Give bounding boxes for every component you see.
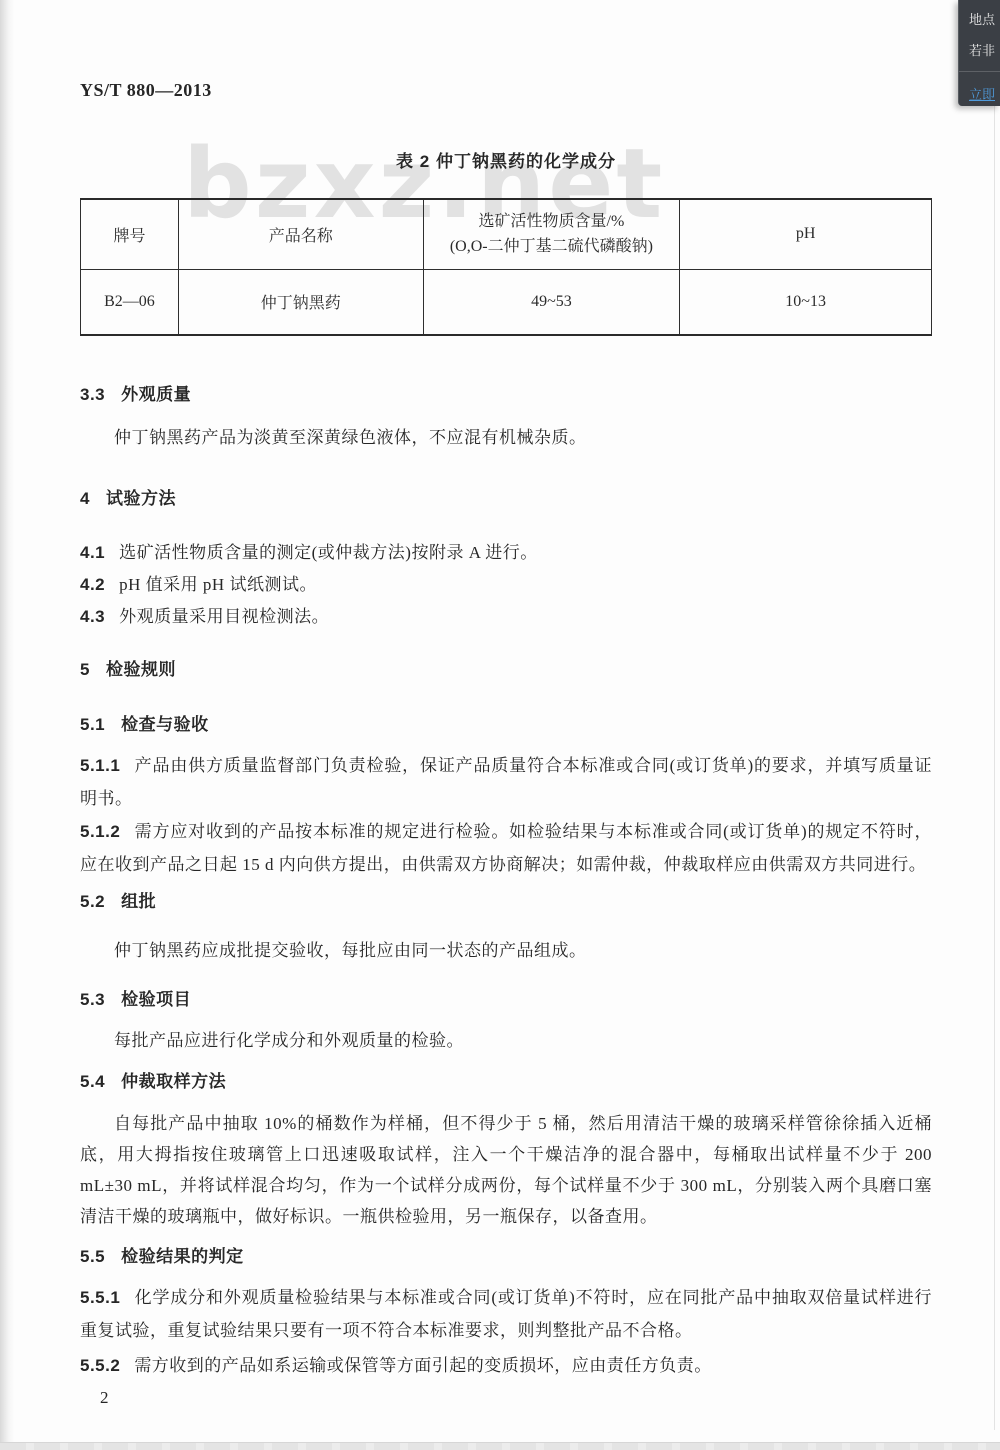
heading-5: 5检验规则 bbox=[80, 655, 932, 680]
heading-5-5-title: 检验结果的判定 bbox=[121, 1247, 244, 1266]
bottom-scan-strip bbox=[0, 1442, 1000, 1450]
panel-text-line1: 地点 bbox=[969, 9, 1000, 28]
heading-5-5-num: 5.5 bbox=[80, 1247, 105, 1266]
heading-4-num: 4 bbox=[80, 489, 90, 508]
table-header-row: 牌号 产品名称 选矿活性物质含量/% (O,O-二仲丁基二硫代磷酸钠) pH bbox=[81, 199, 932, 269]
document-page: YS/T 880—2013 表 2 仲丁钠黑药的化学成分 牌号 产品名称 选矿活… bbox=[0, 0, 1000, 1408]
heading-3-3-num: 3.3 bbox=[80, 385, 105, 404]
floating-info-panel: 地点 若非 立即 bbox=[958, 0, 1000, 106]
heading-4: 4试验方法 bbox=[80, 484, 932, 509]
clause-4-2-text: pH 值采用 pH 试纸测试。 bbox=[119, 575, 317, 594]
clause-4-3-num: 4.3 bbox=[80, 607, 105, 626]
heading-5-2-title: 组批 bbox=[121, 892, 156, 911]
clause-4-2: 4.2pH 值采用 pH 试纸测试。 bbox=[80, 569, 932, 601]
heading-5-1-num: 5.1 bbox=[80, 715, 105, 734]
clause-5-5-2: 5.5.2需方收到的产品如系运输或保管等方面引起的变质损坏，应由责任方负责。 bbox=[80, 1349, 932, 1382]
table-title: 表 2 仲丁钠黑药的化学成分 bbox=[80, 147, 932, 172]
panel-divider bbox=[959, 71, 1000, 72]
heading-5-3: 5.3检验项目 bbox=[80, 985, 932, 1010]
clause-5-1-1-text: 产品由供方质量监督部门负责检验，保证产品质量符合本标准或合同(或订货单)的要求，… bbox=[80, 756, 932, 808]
clause-4-3-text: 外观质量采用目视检测法。 bbox=[119, 607, 329, 626]
clause-5-1-2-text: 需方应对收到的产品按本标准的规定进行检验。如检验结果与本标准或合同(或订货单)的… bbox=[80, 822, 932, 874]
heading-5-4: 5.4仲裁取样方法 bbox=[80, 1067, 932, 1092]
clause-4-1: 4.1选矿活性物质含量的测定(或仲裁方法)按附录 A 进行。 bbox=[80, 537, 932, 569]
header-grade: 牌号 bbox=[81, 199, 179, 269]
clause-5-5-2-text: 需方收到的产品如系运输或保管等方面引起的变质损坏，应由责任方负责。 bbox=[134, 1356, 712, 1375]
clause-5-5-1-num: 5.5.1 bbox=[80, 1288, 120, 1307]
clause-4-1-text: 选矿活性物质含量的测定(或仲裁方法)按附录 A 进行。 bbox=[119, 543, 538, 562]
page-edge-line bbox=[994, 40, 995, 1430]
panel-download-link[interactable]: 立即 bbox=[969, 84, 1000, 103]
heading-5-3-num: 5.3 bbox=[80, 990, 105, 1009]
clause-4-1-num: 4.1 bbox=[80, 543, 105, 562]
clause-5-5-1: 5.5.1化学成分和外观质量检验结果与本标准或合同(或订货单)不符时，应在同批产… bbox=[80, 1281, 932, 1347]
clause-4-3: 4.3外观质量采用目视检测法。 bbox=[80, 601, 932, 633]
heading-3-3-title: 外观质量 bbox=[121, 385, 191, 404]
standard-code: YS/T 880—2013 bbox=[80, 80, 932, 101]
chemical-composition-table: 牌号 产品名称 选矿活性物质含量/% (O,O-二仲丁基二硫代磷酸钠) pH B… bbox=[80, 198, 932, 336]
header-product-name: 产品名称 bbox=[178, 199, 423, 269]
header-ph: pH bbox=[680, 199, 932, 269]
clause-4-2-num: 4.2 bbox=[80, 575, 105, 594]
heading-5-1: 5.1检查与验收 bbox=[80, 710, 932, 735]
heading-5-2: 5.2组批 bbox=[80, 887, 932, 912]
header-active-content: 选矿活性物质含量/% (O,O-二仲丁基二硫代磷酸钠) bbox=[423, 199, 680, 269]
clause-5-5-2-num: 5.5.2 bbox=[80, 1356, 120, 1375]
clause-5-5-1-text: 化学成分和外观质量检验结果与本标准或合同(或订货单)不符时，应在同批产品中抽取双… bbox=[80, 1288, 932, 1340]
clause-5-1-2-num: 5.1.2 bbox=[80, 822, 120, 841]
panel-text-line2: 若非 bbox=[969, 40, 1000, 59]
paragraph-5-3: 每批产品应进行化学成分和外观质量的检验。 bbox=[80, 1024, 932, 1057]
clause-5-1-1-num: 5.1.1 bbox=[80, 756, 120, 775]
header-active-content-line1: 选矿活性物质含量/% bbox=[430, 209, 674, 235]
heading-4-title: 试验方法 bbox=[106, 489, 176, 508]
heading-5-1-title: 检查与验收 bbox=[121, 715, 209, 734]
clause-list-4: 4.1选矿活性物质含量的测定(或仲裁方法)按附录 A 进行。 4.2pH 值采用… bbox=[80, 537, 932, 633]
heading-5-num: 5 bbox=[80, 660, 90, 679]
heading-5-title: 检验规则 bbox=[106, 660, 176, 679]
scan-left-edge bbox=[0, 0, 14, 1450]
paragraph-3-3: 仲丁钠黑药产品为淡黄至深黄绿色液体，不应混有机械杂质。 bbox=[80, 421, 932, 454]
cell-product: 仲丁钠黑药 bbox=[178, 269, 423, 335]
cell-content: 49~53 bbox=[423, 269, 680, 335]
heading-3-3: 3.3外观质量 bbox=[80, 380, 932, 405]
heading-5-4-title: 仲裁取样方法 bbox=[121, 1072, 226, 1091]
table-row: B2—06 仲丁钠黑药 49~53 10~13 bbox=[81, 269, 932, 335]
cell-ph: 10~13 bbox=[680, 269, 932, 335]
cell-grade: B2—06 bbox=[81, 269, 179, 335]
heading-5-4-num: 5.4 bbox=[80, 1072, 105, 1091]
clause-5-1-2: 5.1.2需方应对收到的产品按本标准的规定进行检验。如检验结果与本标准或合同(或… bbox=[80, 815, 932, 881]
page-number: 2 bbox=[100, 1388, 932, 1408]
heading-5-2-num: 5.2 bbox=[80, 892, 105, 911]
heading-5-3-title: 检验项目 bbox=[121, 990, 191, 1009]
heading-5-5: 5.5检验结果的判定 bbox=[80, 1242, 932, 1267]
clause-5-1-1: 5.1.1产品由供方质量监督部门负责检验，保证产品质量符合本标准或合同(或订货单… bbox=[80, 749, 932, 815]
paragraph-5-2: 仲丁钠黑药应成批提交验收，每批应由同一状态的产品组成。 bbox=[80, 934, 932, 967]
paragraph-5-4: 自每批产品中抽取 10%的桶数作为样桶，但不得少于 5 桶，然后用清洁干燥的玻璃… bbox=[80, 1108, 932, 1232]
header-active-content-line2: (O,O-二仲丁基二硫代磷酸钠) bbox=[430, 234, 674, 260]
